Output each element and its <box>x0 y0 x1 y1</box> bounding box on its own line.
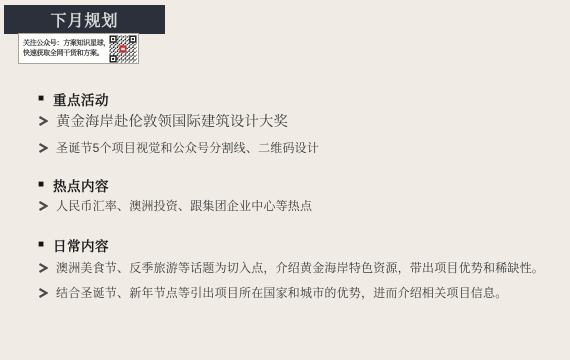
section-heading-label: 重点活动 <box>53 89 109 109</box>
promo-line-2: 快速获取全网干货和方案。 <box>23 49 107 59</box>
item-hot-topics: 人民币汇率、澳洲投资、跟集团企业中心等热点 <box>38 197 312 214</box>
item-daily-festivals: 结合圣诞节、新年节点等引出项目所在国家和城市的优势，进而介绍相关项目信息。 <box>38 284 507 301</box>
item-label: 黄金海岸赴伦敦领国际建筑设计大奖 <box>56 111 288 131</box>
section-heading-key-activities: ■ 重点活动 <box>38 89 109 109</box>
square-bullet-icon: ■ <box>38 94 44 104</box>
section-heading-hot-topics: ■ 热点内容 <box>38 175 109 195</box>
item-gold-coast-award: 黄金海岸赴伦敦领国际建筑设计大奖 <box>38 111 288 131</box>
section-heading-daily-content: ■ 日常内容 <box>38 235 109 255</box>
promo-line-1: 关注公众号：方案知识星球， <box>23 39 107 49</box>
promo-box: 关注公众号：方案知识星球， 快速获取全网干货和方案。 <box>18 33 139 64</box>
item-label: 圣诞节5个项目视觉和公众号分割线、二维码设计 <box>56 139 319 156</box>
item-label: 结合圣诞节、新年节点等引出项目所在国家和城市的优势，进而介绍相关项目信息。 <box>56 284 507 301</box>
item-label: 澳洲美食节、反季旅游等话题为切入点，介绍黄金海岸特色资源，带出项目优势和稀缺性。 <box>56 259 544 276</box>
promo-text: 关注公众号：方案知识星球， 快速获取全网干货和方案。 <box>23 39 107 58</box>
item-label: 人民币汇率、澳洲投资、跟集团企业中心等热点 <box>56 197 312 214</box>
arrow-bullet-icon <box>38 262 48 274</box>
item-christmas-design: 圣诞节5个项目视觉和公众号分割线、二维码设计 <box>38 139 319 156</box>
section-heading-label: 热点内容 <box>53 175 109 195</box>
square-bullet-icon: ■ <box>38 240 44 250</box>
slide-canvas: 下月规划 关注公众号：方案知识星球， 快速获取全网干货和方案。 <box>0 0 570 360</box>
arrow-bullet-icon <box>38 142 48 154</box>
arrow-bullet-icon <box>38 115 48 127</box>
square-bullet-icon: ■ <box>38 180 44 190</box>
qr-code-icon <box>109 35 137 63</box>
page-title: 下月规划 <box>50 8 118 31</box>
title-bar: 下月规划 <box>4 5 165 34</box>
section-heading-label: 日常内容 <box>53 235 109 255</box>
arrow-bullet-icon <box>38 287 48 299</box>
arrow-bullet-icon <box>38 200 48 212</box>
item-daily-food-tourism: 澳洲美食节、反季旅游等话题为切入点，介绍黄金海岸特色资源，带出项目优势和稀缺性。 <box>38 259 544 276</box>
